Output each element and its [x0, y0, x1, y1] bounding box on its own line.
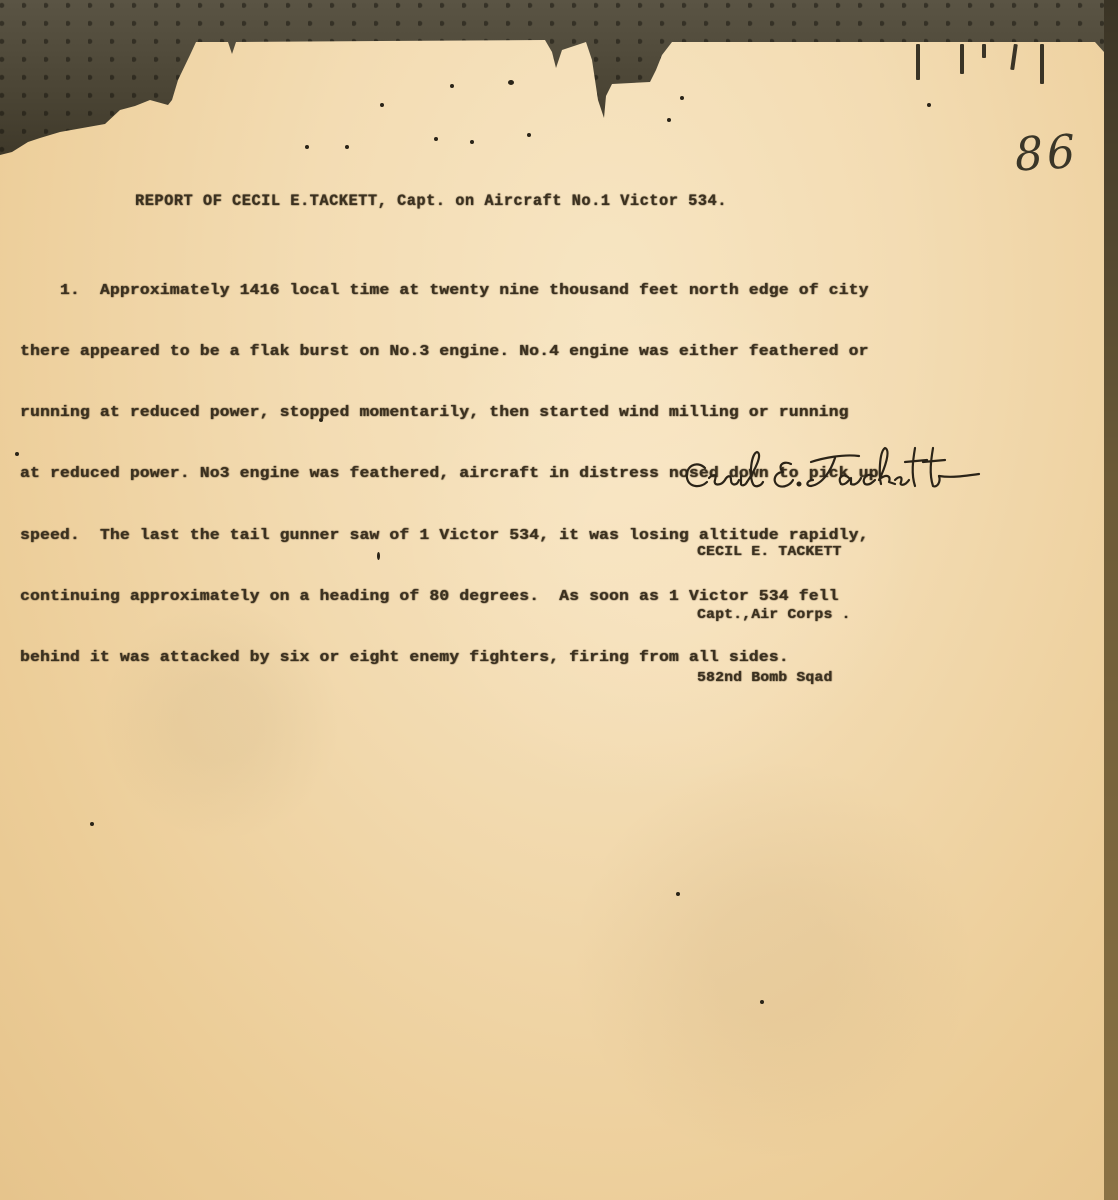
ink-speck — [676, 892, 680, 896]
signer-unit: 582nd Bomb Sqad — [697, 668, 851, 689]
page-right-edge — [1104, 0, 1118, 1200]
ink-speck — [470, 140, 474, 144]
signer-rank: Capt.,Air Corps . — [697, 605, 851, 626]
ink-speck — [760, 1000, 764, 1004]
ink-speck — [527, 133, 531, 137]
ink-speck — [15, 452, 19, 456]
signer-name: CECIL E. TACKETT — [697, 542, 851, 563]
report-title: REPORT OF CECIL E.TACKETT, Capt. on Airc… — [135, 192, 727, 210]
torn-edge-marks — [912, 44, 1052, 84]
body-line: there appeared to be a flak burst on No.… — [20, 342, 879, 362]
body-line: running at reduced power, stopped moment… — [20, 403, 879, 423]
ink-speck — [927, 103, 931, 107]
ink-speck — [680, 96, 684, 100]
scanned-document-photo: 86 REPORT OF CECIL E.TACKETT, Capt. on A… — [0, 0, 1118, 1200]
ink-speck — [90, 822, 94, 826]
ink-speck — [667, 118, 671, 122]
ink-speck — [305, 145, 309, 149]
ink-speck — [434, 137, 438, 141]
signature-block: CECIL E. TACKETT Capt.,Air Corps . 582nd… — [697, 500, 851, 731]
ink-speck — [345, 145, 349, 149]
ink-speck — [450, 84, 454, 88]
page-number-handwritten: 86 — [1014, 125, 1081, 182]
ink-speck — [508, 80, 514, 85]
body-line: 1. Approximately 1416 local time at twen… — [20, 281, 879, 301]
ink-speck — [380, 103, 384, 107]
handwritten-signature: Cecil E. Tackett — [683, 440, 983, 500]
